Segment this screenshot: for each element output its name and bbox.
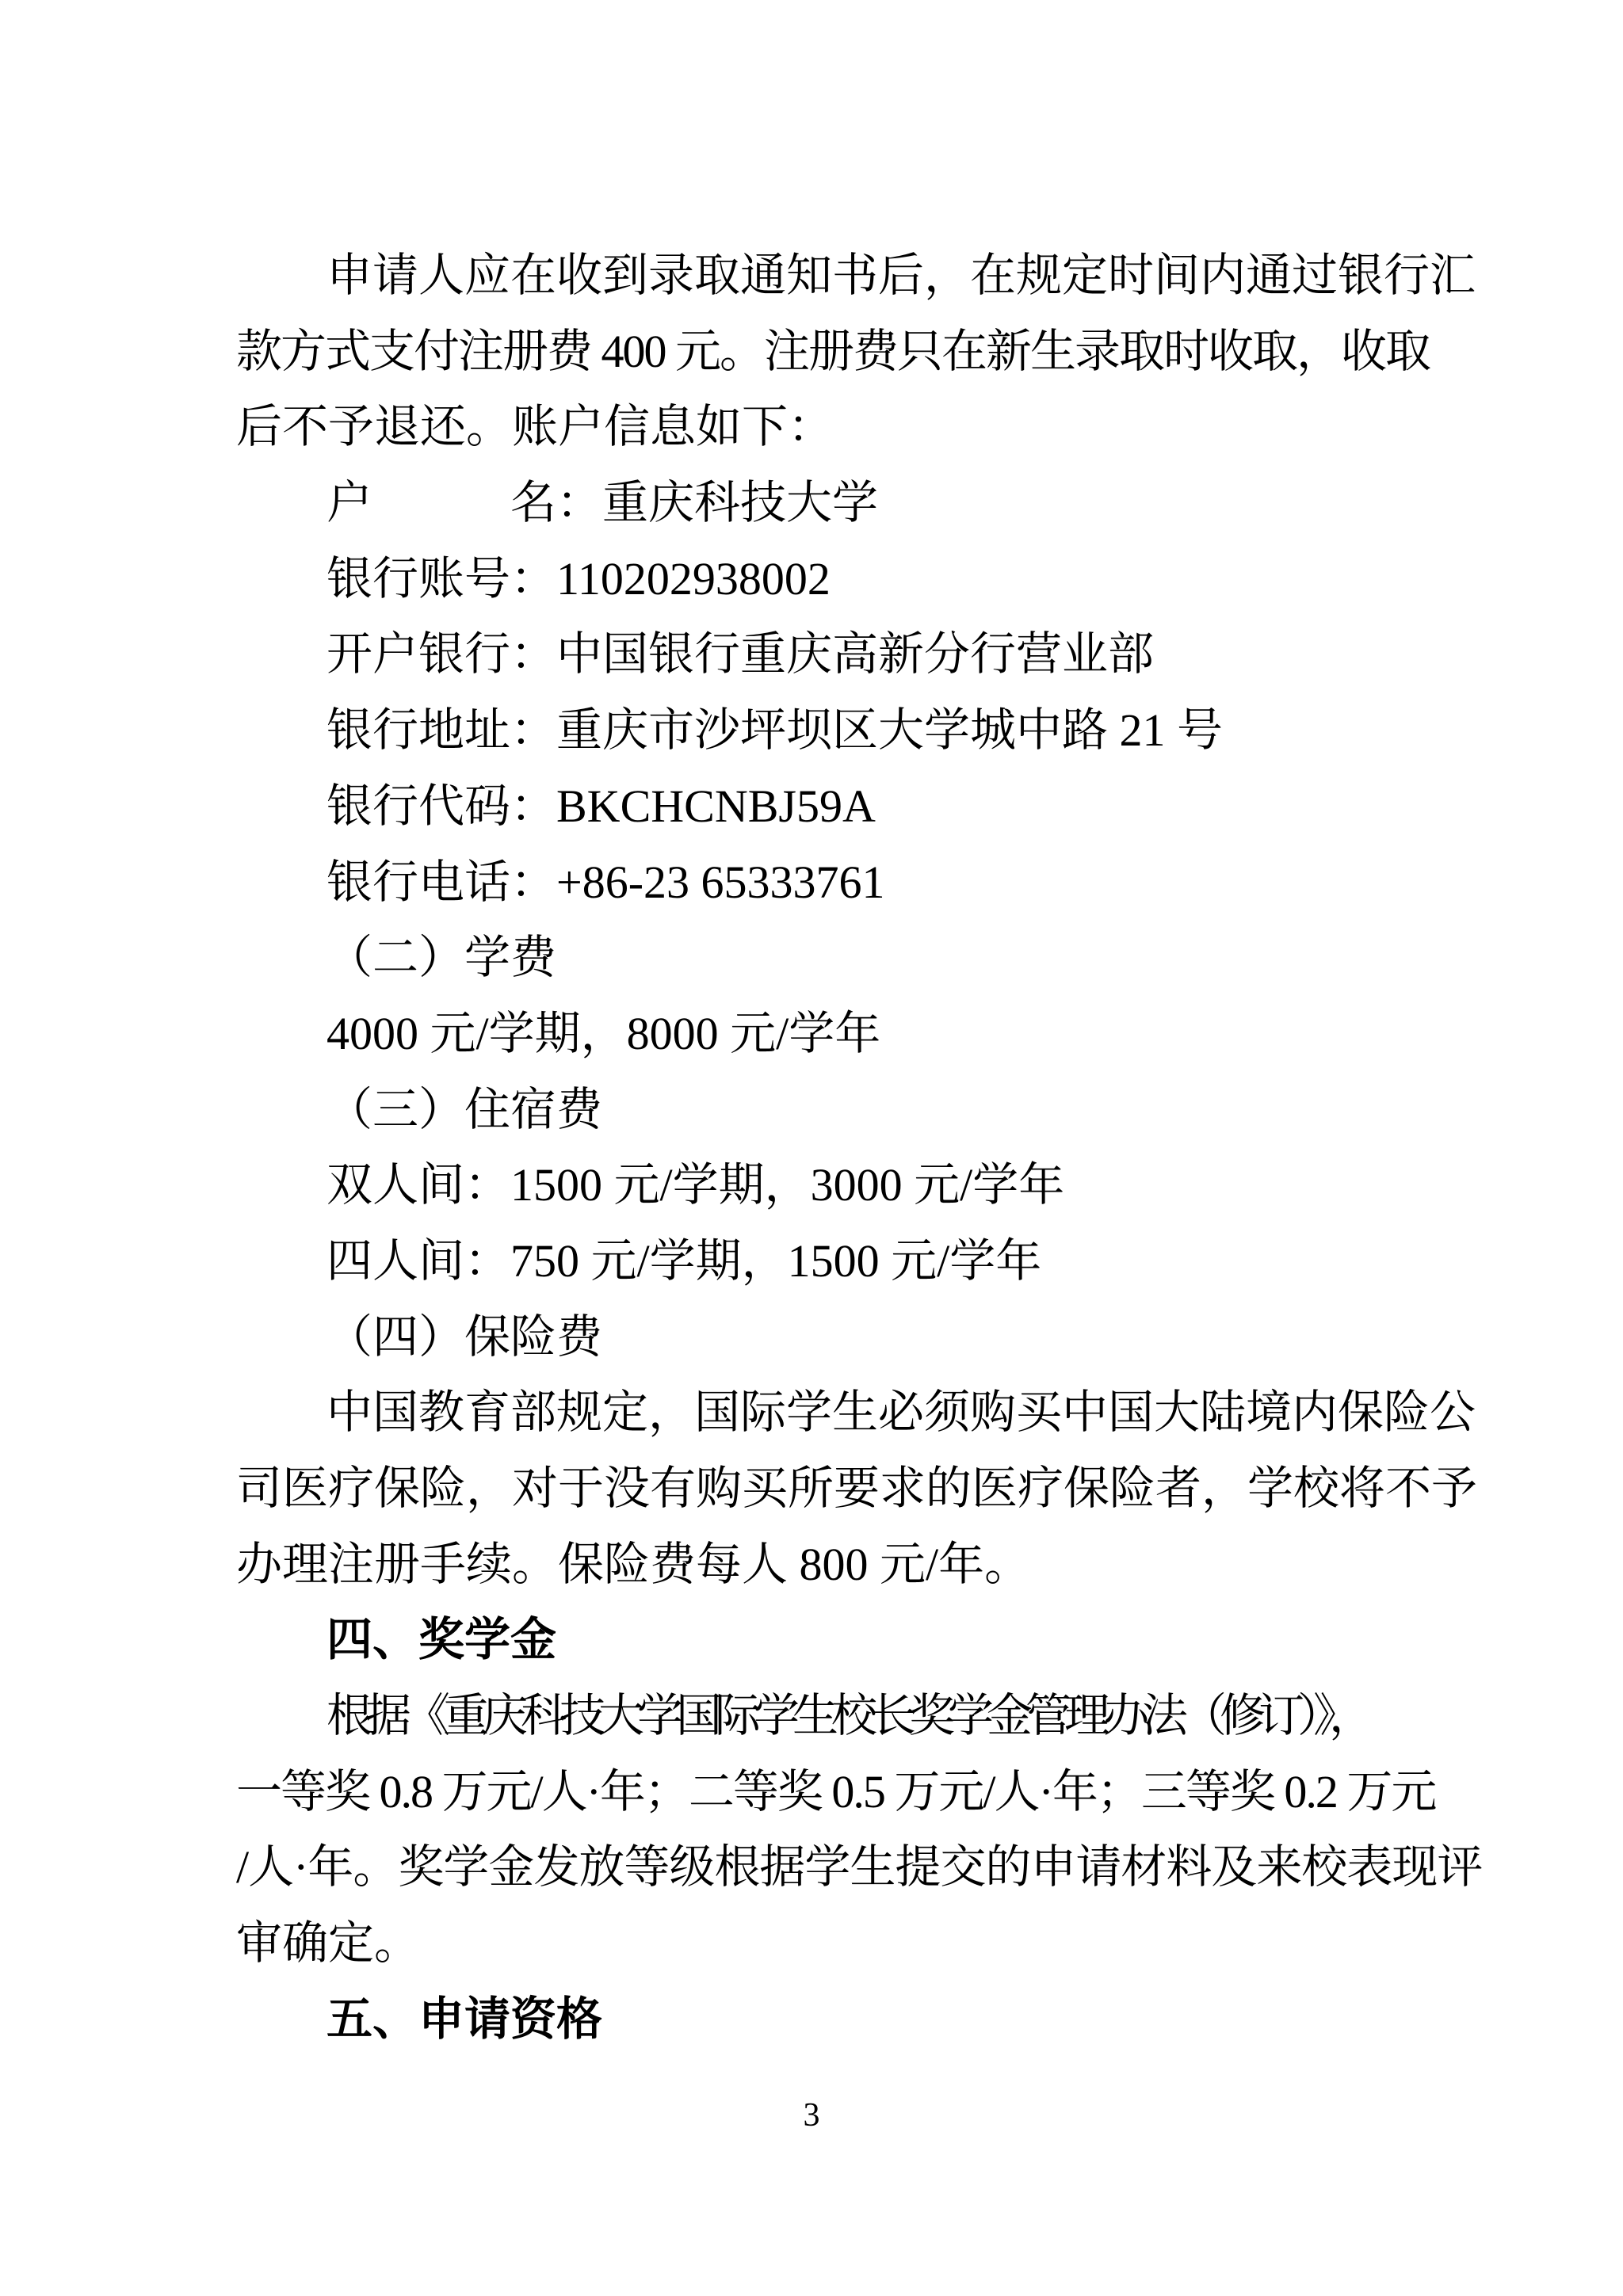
para-scholarship-line-4: 审确定。: [236, 1905, 1428, 1981]
bank-address-line: 银行地址：重庆市沙坪坝区大学城中路 21 号: [236, 692, 1428, 769]
para-scholarship-line-3: /人·年。奖学金发放等级根据学生提交的申请材料及来校表现评: [236, 1829, 1428, 1905]
para-insurance-line-2: 司医疗保险，对于没有购买所要求的医疗保险者，学校将不予: [236, 1451, 1428, 1527]
subheading-tuition: （二）学费: [236, 920, 1428, 996]
double-room-fee-line: 双人间：1500 元/学期，3000 元/学年: [236, 1147, 1428, 1223]
para-registration-line-1: 申请人应在收到录取通知书后，在规定时间内通过银行汇: [236, 238, 1428, 314]
bank-phone-line: 银行电话：+86-23 65333761: [236, 845, 1428, 921]
document-body: 申请人应在收到录取通知书后，在规定时间内通过银行汇 款方式支付注册费 400 元…: [236, 238, 1428, 2058]
bank-branch-line: 开户银行：中国银行重庆高新分行营业部: [236, 616, 1428, 692]
para-scholarship-line-1: 根据《重庆科技大学国际学生校长奖学金管理办法（修订）》，: [236, 1678, 1428, 1754]
bank-swift-code-line: 银行代码：BKCHCNBJ59A: [236, 769, 1428, 845]
para-scholarship-line-2: 一等奖 0.8 万元/人·年；二等奖 0.5 万元/人·年；三等奖 0.2 万元: [236, 1754, 1428, 1830]
tuition-fee-line: 4000 元/学期，8000 元/学年: [236, 996, 1428, 1072]
para-registration-line-3: 后不予退还。账户信息如下：: [236, 389, 1428, 465]
para-registration-line-2: 款方式支付注册费 400 元。注册费只在新生录取时收取，收取: [236, 314, 1428, 390]
heading-eligibility: 五、申请资格: [236, 1981, 1428, 2058]
page-number: 3: [0, 2098, 1623, 2133]
quad-room-fee-line: 四人间：750 元/学期，1500 元/学年: [236, 1223, 1428, 1299]
bank-account-line: 银行账号：110202938002: [236, 541, 1428, 617]
account-name-line: 户 名：重庆科技大学: [236, 465, 1428, 541]
heading-scholarship: 四、奖学金: [236, 1602, 1428, 1678]
subheading-housing: （三）住宿费: [236, 1072, 1428, 1148]
para-insurance-line-1: 中国教育部规定，国际学生必须购买中国大陆境内保险公: [236, 1375, 1428, 1451]
subheading-insurance: （四）保险费: [236, 1299, 1428, 1375]
para-insurance-line-3: 办理注册手续。保险费每人 800 元/年。: [236, 1527, 1428, 1603]
document-page: 申请人应在收到录取通知书后，在规定时间内通过银行汇 款方式支付注册费 400 元…: [0, 0, 1623, 2296]
